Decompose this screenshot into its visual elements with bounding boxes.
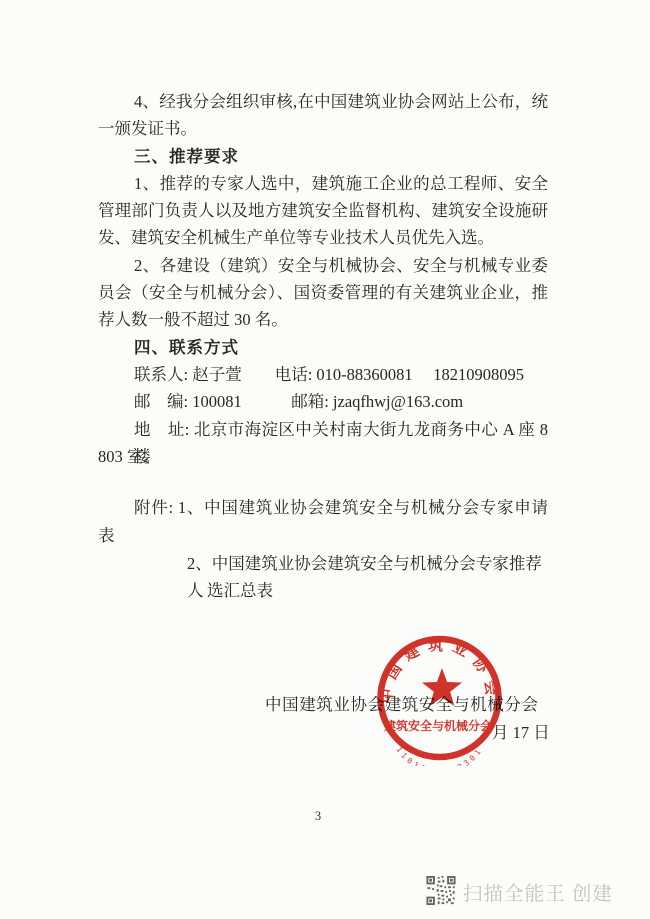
attachment-line: 附件: 1、中国建筑业协会建筑安全与机械分会专家申请 — [98, 494, 548, 522]
document-body: 4、经我分会组织审核,在中国建筑业协会网站上公布，统 一颁发证书。 三、推荐要求… — [98, 88, 548, 470]
paragraph-line: 一颁发证书。 — [98, 115, 548, 142]
attachment-list: 附件: 1、中国建筑业协会建筑安全与机械分会专家申请 表 2、中国建筑业协会建筑… — [98, 494, 548, 605]
paragraph-line: 荐人数一般不超过 30 名。 — [98, 306, 548, 333]
document-page: 4、经我分会组织审核,在中国建筑业协会网站上公布，统 一颁发证书。 三、推荐要求… — [0, 0, 650, 919]
paragraph-line: 发、建筑安全机械生产单位等专业技术人员优先入选。 — [98, 224, 548, 251]
paragraph-line: 管理部门负责人以及地方建筑安全监督机构、建筑安全设施研 — [98, 197, 548, 224]
paragraph-line: 员会（安全与机械分会）、国资委管理的有关建筑业企业，推 — [98, 279, 548, 306]
section-heading: 三、推荐要求 — [98, 143, 548, 170]
paragraph-line: 4、经我分会组织审核,在中国建筑业协会网站上公布，统 — [98, 88, 548, 115]
qr-code-icon — [425, 875, 457, 906]
paragraph-line: 1、推荐的专家人选中，建筑施工企业的总工程师、安全 — [98, 170, 548, 197]
seal-banner-text: 建筑安全与机械分会 — [384, 718, 492, 733]
contact-line: 803 室。 — [98, 443, 548, 470]
contact-line: 邮 编: 100081 邮箱: jzaqfhwj@163.com — [98, 388, 548, 415]
attachment-line: 表 — [98, 522, 548, 550]
contact-line: 地 址: 北京市海淀区中关村南大街九龙商务中心 A 座 8 楼 — [98, 416, 548, 443]
section-heading: 四、联系方式 — [98, 334, 548, 361]
contact-line: 联系人: 赵子萱 电话: 010-88360081 18210908095 — [98, 361, 548, 388]
paragraph-line: 2、各建设（建筑）安全与机械协会、安全与机械专业委 — [98, 252, 548, 279]
seal-star-icon — [422, 668, 462, 706]
page-number: 3 — [308, 809, 328, 824]
official-seal: 中国建筑业协会 建筑安全与机械分会 1101061552301 — [372, 630, 508, 766]
attachment-line: 选汇总表 — [98, 577, 548, 605]
attachment-line: 2、中国建筑业协会建筑安全与机械分会专家推荐人 — [98, 550, 548, 578]
scanner-watermark-text: 扫描全能王 创建 — [463, 878, 613, 906]
